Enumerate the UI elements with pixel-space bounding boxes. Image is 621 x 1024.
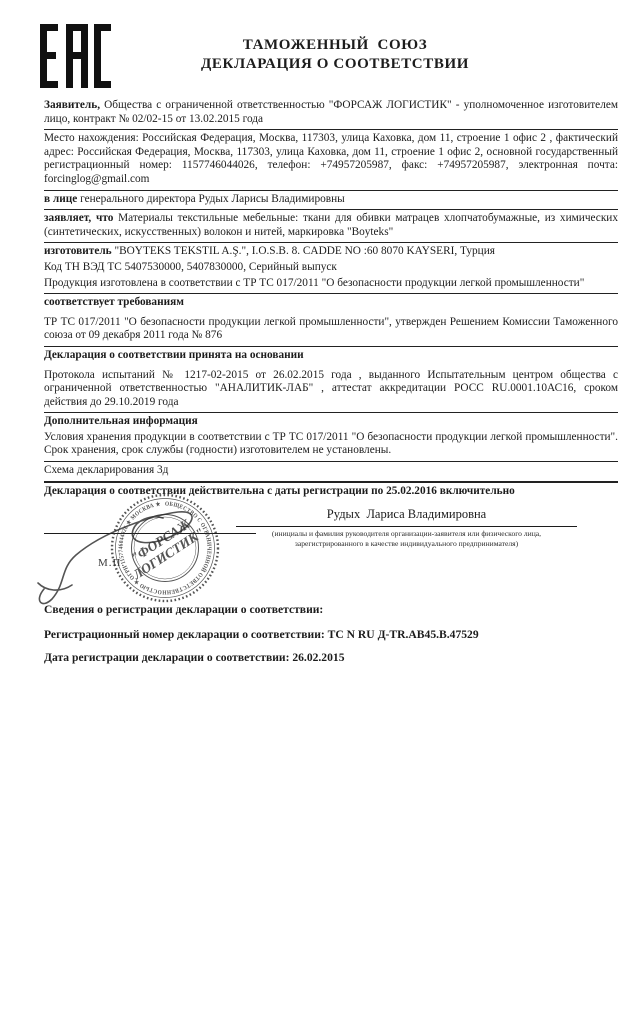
divider <box>44 293 618 294</box>
basis-paragraph: Протокола испытаний № 1217-02-2015 от 26… <box>44 368 618 411</box>
signatory-caption-line-1: (инициалы и фамилия руководителя организ… <box>272 529 541 538</box>
signatory-name-rule <box>236 526 577 527</box>
requirements-header: соответствует требованиям <box>44 295 618 311</box>
divider <box>44 461 618 462</box>
person-label: в лице <box>44 193 77 205</box>
registration-number-line: Регистрационный номер декларации о соотв… <box>44 628 618 641</box>
signature-area: М.П. ОБЩЕСТВО С ОГРАНИЧЕННОЙ ОТВЕТСТВЕНН… <box>44 499 618 599</box>
document-title-block: ТАМОЖЕННЫЙ СОЮЗ ДЕКЛАРАЦИЯ О СООТВЕТСТВИ… <box>112 24 558 74</box>
manufacturer-paragraph: изготовитель "BOYTEKS TEKSTIL A.Ş.", I.O… <box>44 244 618 260</box>
manufacturer-text: "BOYTEKS TEKSTIL A.Ş.", I.O.S.B. 8. CADD… <box>112 245 495 257</box>
manufacturer-label: изготовитель <box>44 245 112 257</box>
divider <box>44 129 618 130</box>
location-paragraph: Место нахождения: Российская Федерация, … <box>44 131 618 187</box>
signatory-caption-line-2: зарегистрированного в качестве индивидуа… <box>295 539 518 548</box>
applicant-paragraph: Заявитель, Общества с ограниченной ответ… <box>44 98 618 127</box>
tnved-code-line: Код ТН ВЭД ТС 5407530000, 5407830000, Се… <box>44 260 618 276</box>
person-text: генерального директора Рудых Ларисы Влад… <box>77 193 344 205</box>
additional-info-header: Дополнительная информация <box>44 414 618 430</box>
title-line-1: ТАМОЖЕННЫЙ СОЮЗ <box>112 36 558 55</box>
declares-label: заявляет, что <box>44 212 113 224</box>
document-content: ТАМОЖЕННЫЙ СОЮЗ ДЕКЛАРАЦИЯ О СООТВЕТСТВИ… <box>44 24 618 664</box>
accordance-paragraph: Продукция изготовлена в соответствии с Т… <box>44 276 618 292</box>
title-line-2: ДЕКЛАРАЦИЯ О СООТВЕТСТВИИ <box>112 55 558 74</box>
divider <box>44 190 618 191</box>
document-header: ТАМОЖЕННЫЙ СОЮЗ ДЕКЛАРАЦИЯ О СООТВЕТСТВИ… <box>44 24 618 88</box>
declares-paragraph: заявляет, что Материалы текстильные мебе… <box>44 211 618 240</box>
divider <box>44 209 618 210</box>
divider <box>44 346 618 347</box>
applicant-text: Общества с ограниченной ответственностью… <box>44 99 618 125</box>
signatory-caption: (инициалы и фамилия руководителя организ… <box>236 529 577 548</box>
handwritten-signature <box>26 485 266 615</box>
registration-date-line: Дата регистрации декларации о соответств… <box>44 651 618 664</box>
requirements-paragraph: ТР ТС 017/2011 "О безопасности продукции… <box>44 315 618 344</box>
signatory-block: Рудых Лариса Владимировна (инициалы и фа… <box>236 507 577 548</box>
additional-info-paragraph: Условия хранения продукции в соответстви… <box>44 430 618 459</box>
divider <box>44 412 618 413</box>
person-paragraph: в лице генерального директора Рудых Лари… <box>44 192 618 208</box>
signatory-name: Рудых Лариса Владимировна <box>236 507 577 522</box>
declaration-document-page: ТАМОЖЕННЫЙ СОЮЗ ДЕКЛАРАЦИЯ О СООТВЕТСТВИ… <box>0 0 621 1024</box>
basis-header: Декларация о соответствии принята на осн… <box>44 348 618 364</box>
scheme-line: Схема декларирования 3д <box>44 463 618 479</box>
declares-text: Материалы текстильные мебельные: ткани д… <box>44 212 618 238</box>
divider <box>44 242 618 243</box>
applicant-label: Заявитель, <box>44 99 100 111</box>
eac-conformity-mark-icon <box>38 24 112 88</box>
divider-thick <box>44 481 618 483</box>
